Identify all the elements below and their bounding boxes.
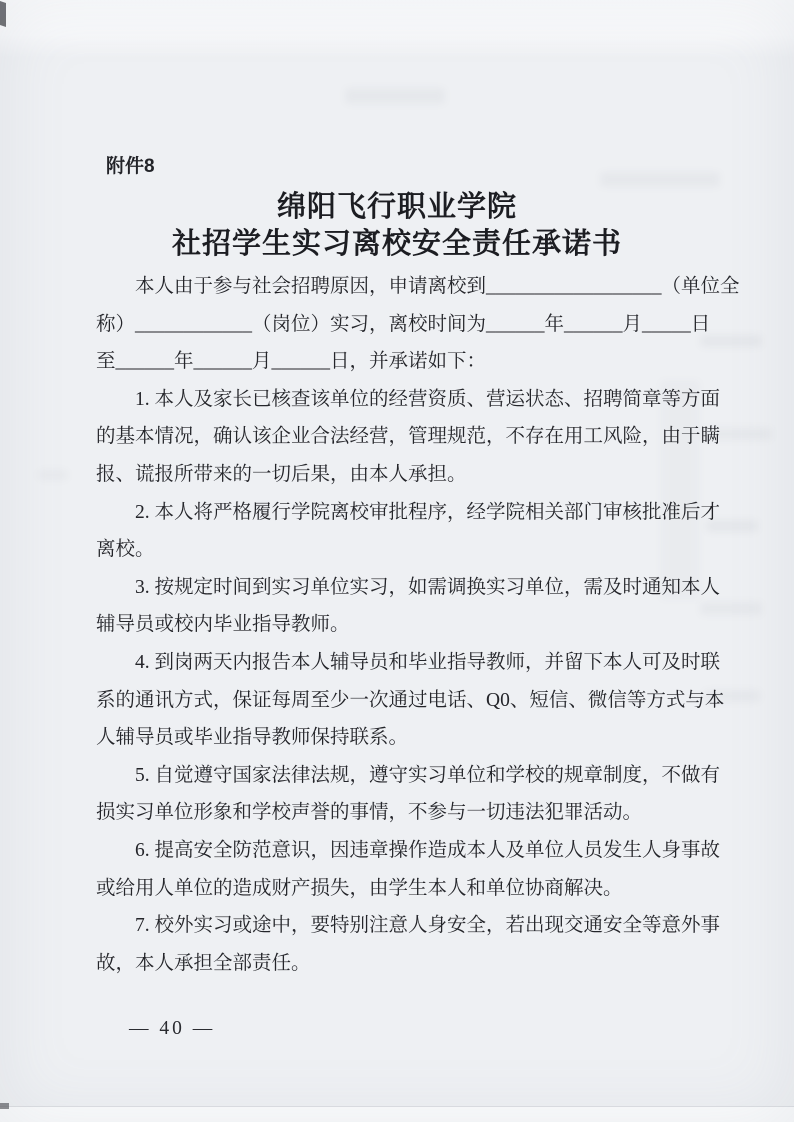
doc-text-line: 本人由于参与社会招聘原因，申请离校到__________________（单位全 xyxy=(96,268,736,306)
scan-artifact xyxy=(38,470,68,480)
doc-text-line: 7. 校外实习或途中，要特别注意人身安全，若出现交通安全等意外事 xyxy=(96,907,736,945)
doc-text-line: 3. 按规定时间到实习单位实习，如需调换实习单位，需及时通知本人 xyxy=(96,569,736,607)
doc-text-line: 人辅导员或毕业指导教师保持联系。 xyxy=(96,719,736,757)
scan-artifact xyxy=(345,88,445,104)
doc-text-line: 报、谎报所带来的一切后果，由本人承担。 xyxy=(96,456,736,494)
doc-text-line: 辅导员或校内毕业指导教师。 xyxy=(96,606,736,644)
doc-text-line: 故，本人承担全部责任。 xyxy=(96,945,736,983)
scanned-document-page: { "document": { "attachment_label": "附件8… xyxy=(0,0,794,1122)
document-title-line2: 社招学生实习离校安全责任承诺书 xyxy=(0,221,794,262)
doc-text-line: 的基本情况，确认该企业合法经营，管理规范，不存在用工风险，由于瞒 xyxy=(96,418,736,456)
attachment-label: 附件8 xyxy=(106,151,155,178)
doc-text-line: 1. 本人及家长已核查该单位的经营资质、营运状态、招聘简章等方面 xyxy=(96,381,736,419)
doc-text-line: 5. 自觉遵守国家法律法规，遵守实习单位和学校的规章制度，不做有 xyxy=(96,757,736,795)
doc-text-line: 6. 提高安全防范意识，因违章操作造成本人及单位人员发生人身事故 xyxy=(96,832,736,870)
doc-text-line: 损实习单位形象和学校声誉的事情，不参与一切违法犯罪活动。 xyxy=(96,794,736,832)
scan-artifact xyxy=(0,1,6,27)
doc-text-line: 2. 本人将严格履行学院离校审批程序，经学院相关部门审核批准后才 xyxy=(96,494,736,532)
paper-bottom-edge xyxy=(0,1106,794,1122)
page-number: — 40 — xyxy=(129,1018,215,1040)
doc-text-line: 系的通讯方式，保证每周至少一次通过电话、Q0、短信、微信等方式与本 xyxy=(96,682,736,720)
doc-text-line: 离校。 xyxy=(96,531,736,569)
paper-top-edge xyxy=(0,0,794,58)
doc-text-line: 4. 到岗两天内报告本人辅导员和毕业指导教师，并留下本人可及时联 xyxy=(96,644,736,682)
document-title-line1: 绵阳飞行职业学院 xyxy=(0,184,794,225)
document-body: 本人由于参与社会招聘原因，申请离校到__________________（单位全… xyxy=(96,268,736,982)
doc-text-line: 或给用人单位的造成财产损失，由学生本人和单位协商解决。 xyxy=(96,870,736,908)
doc-text-line: 称）____________（岗位）实习，离校时间为______年______月… xyxy=(96,306,736,344)
scan-artifact xyxy=(0,1103,9,1109)
doc-text-line: 至______年______月______日，并承诺如下： xyxy=(96,343,736,381)
